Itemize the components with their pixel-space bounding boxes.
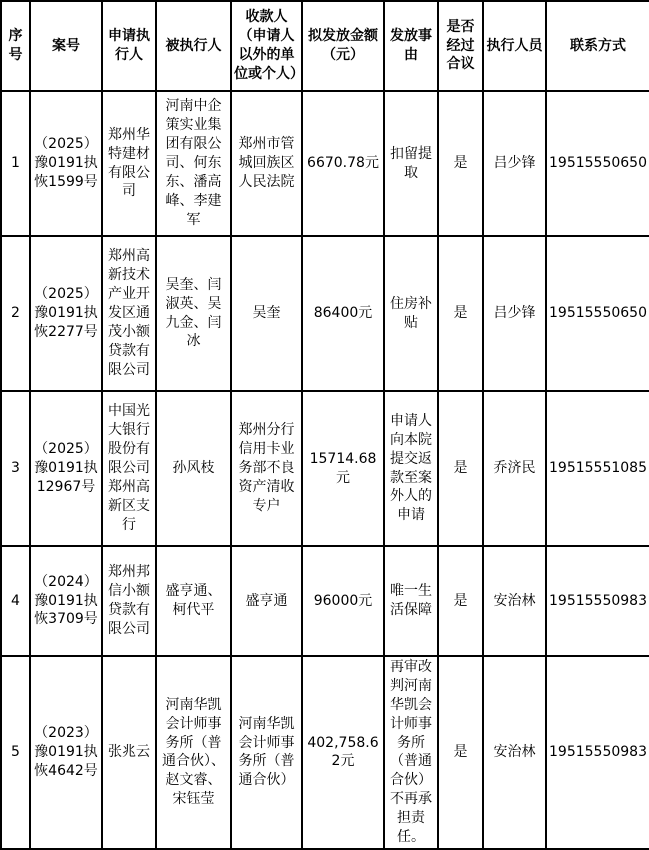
- header-cell-payee: 收款人（申请人以外的单位或个人）: [231, 1, 302, 91]
- cell-executor: 安治林: [483, 656, 546, 849]
- cell-reason: 再审改判河南华凯会计师事务所（普通合伙）不再承担责任。: [384, 656, 438, 849]
- cell-case-number: （2025）豫0191执12967号: [30, 391, 102, 546]
- cell-reason: 扣留提取: [384, 91, 438, 236]
- table-row: 3 （2025）豫0191执12967号 中国光大银行股份有限公司郑州高新区支行…: [1, 391, 649, 546]
- cell-deliberated: 是: [438, 236, 483, 391]
- header-cell-case-number: 案号: [30, 1, 102, 91]
- cell-amount: 6670.78元: [302, 91, 384, 236]
- cell-applicant: 中国光大银行股份有限公司郑州高新区支行: [102, 391, 156, 546]
- header-cell-executee: 被执行人: [156, 1, 231, 91]
- cell-executee: 孙风枝: [156, 391, 231, 546]
- cell-serial: 3: [1, 391, 30, 546]
- header-cell-executor: 执行人员: [483, 1, 546, 91]
- cell-reason: 住房补贴: [384, 236, 438, 391]
- header-cell-reason: 发放事由: [384, 1, 438, 91]
- cell-executee: 河南华凯会计师事务所（普通合伙）、赵文睿、宋钰莹: [156, 656, 231, 849]
- cell-payee: 河南华凯会计师事务所（普通合伙）: [231, 656, 302, 849]
- header-cell-serial: 序号: [1, 1, 30, 91]
- cell-executee: 河南中企策实业集团有限公司、何东东、潘高峰、李建军: [156, 91, 231, 236]
- cell-payee: 吴奎: [231, 236, 302, 391]
- cell-serial: 1: [1, 91, 30, 236]
- cell-reason: 申请人向本院提交返款至案外人的申请: [384, 391, 438, 546]
- cell-executor: 乔济民: [483, 391, 546, 546]
- cell-executee: 吴奎、闫淑英、吴九金、闫冰: [156, 236, 231, 391]
- cell-executee: 盛亨通、柯代平: [156, 546, 231, 656]
- table-row: 1 （2025）豫0191执恢1599号 郑州华特建材有限公司 河南中企策实业集…: [1, 91, 649, 236]
- cell-contact: 19515550650: [546, 236, 649, 391]
- cell-amount: 86400元: [302, 236, 384, 391]
- cell-reason: 唯一生活保障: [384, 546, 438, 656]
- header-row: 序号 案号 申请执行人 被执行人 收款人（申请人以外的单位或个人） 拟发放金额（…: [1, 1, 649, 91]
- header-cell-amount: 拟发放金额（元）: [302, 1, 384, 91]
- payment-disbursement-table: 序号 案号 申请执行人 被执行人 收款人（申请人以外的单位或个人） 拟发放金额（…: [0, 0, 649, 850]
- cell-case-number: （2023）豫0191执恢4642号: [30, 656, 102, 849]
- cell-serial: 2: [1, 236, 30, 391]
- cell-executor: 吕少锋: [483, 91, 546, 236]
- cell-amount: 402,758.62元: [302, 656, 384, 849]
- cell-case-number: （2025）豫0191执恢2277号: [30, 236, 102, 391]
- cell-deliberated: 是: [438, 391, 483, 546]
- cell-applicant: 郑州邦信小额贷款有限公司: [102, 546, 156, 656]
- cell-deliberated: 是: [438, 656, 483, 849]
- cell-serial: 5: [1, 656, 30, 849]
- cell-case-number: （2024）豫0191执恢3709号: [30, 546, 102, 656]
- cell-payee: 郑州分行信用卡业务部不良资产清收专户: [231, 391, 302, 546]
- cell-amount: 96000元: [302, 546, 384, 656]
- cell-applicant: 张兆云: [102, 656, 156, 849]
- table-row: 4 （2024）豫0191执恢3709号 郑州邦信小额贷款有限公司 盛亨通、柯代…: [1, 546, 649, 656]
- table-row: 2 （2025）豫0191执恢2277号 郑州高新技术产业开发区通茂小额贷款有限…: [1, 236, 649, 391]
- cell-executor: 安治林: [483, 546, 546, 656]
- header-cell-deliberated: 是否经过合议: [438, 1, 483, 91]
- cell-executor: 吕少锋: [483, 236, 546, 391]
- cell-contact: 19515550983: [546, 656, 649, 849]
- cell-serial: 4: [1, 546, 30, 656]
- cell-case-number: （2025）豫0191执恢1599号: [30, 91, 102, 236]
- cell-contact: 19515551085: [546, 391, 649, 546]
- cell-applicant: 郑州高新技术产业开发区通茂小额贷款有限公司: [102, 236, 156, 391]
- header-cell-contact: 联系方式: [546, 1, 649, 91]
- cell-amount: 15714.68元: [302, 391, 384, 546]
- cell-deliberated: 是: [438, 546, 483, 656]
- table-row: 5 （2023）豫0191执恢4642号 张兆云 河南华凯会计师事务所（普通合伙…: [1, 656, 649, 849]
- header-cell-applicant: 申请执行人: [102, 1, 156, 91]
- cell-applicant: 郑州华特建材有限公司: [102, 91, 156, 236]
- cell-deliberated: 是: [438, 91, 483, 236]
- cell-contact: 19515550983: [546, 546, 649, 656]
- cell-contact: 19515550650: [546, 91, 649, 236]
- cell-payee: 盛亨通: [231, 546, 302, 656]
- cell-payee: 郑州市管城回族区人民法院: [231, 91, 302, 236]
